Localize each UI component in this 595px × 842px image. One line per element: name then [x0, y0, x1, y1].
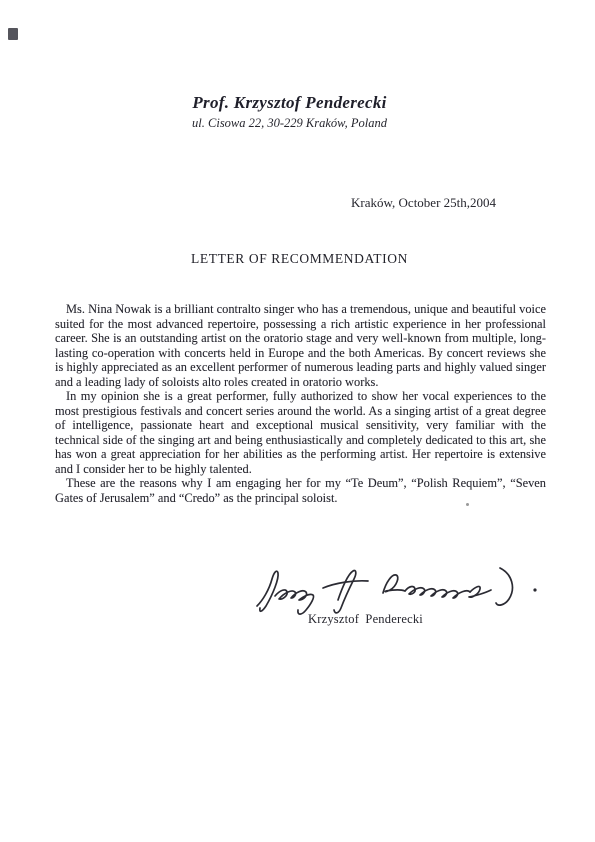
letter-page: Prof. Krzysztof Penderecki ul. Cisowa 22…: [0, 0, 595, 842]
signature-printed-name: Krzysztof Penderecki: [308, 612, 423, 627]
letterhead-address: ul. Cisowa 22, 30-229 Kraków, Poland: [0, 116, 587, 131]
handwritten-signature-icon: [253, 566, 548, 618]
paragraph-2: In my opinion she is a great performer, …: [55, 389, 546, 476]
scan-artifact-mark: [8, 28, 18, 40]
paragraph-3: These are the reasons why I am engaging …: [55, 476, 546, 505]
paragraph-1: Ms. Nina Nowak is a brilliant contralto …: [55, 302, 546, 389]
letter-title: LETTER OF RECOMMENDATION: [2, 251, 595, 267]
letterhead-name: Prof. Krzysztof Penderecki: [0, 93, 587, 113]
scan-speck: [466, 503, 469, 506]
letter-body: Ms. Nina Nowak is a brilliant contralto …: [55, 302, 546, 505]
dateline: Kraków, October 25th,2004: [351, 195, 496, 211]
letterhead: Prof. Krzysztof Penderecki ul. Cisowa 22…: [0, 93, 587, 131]
